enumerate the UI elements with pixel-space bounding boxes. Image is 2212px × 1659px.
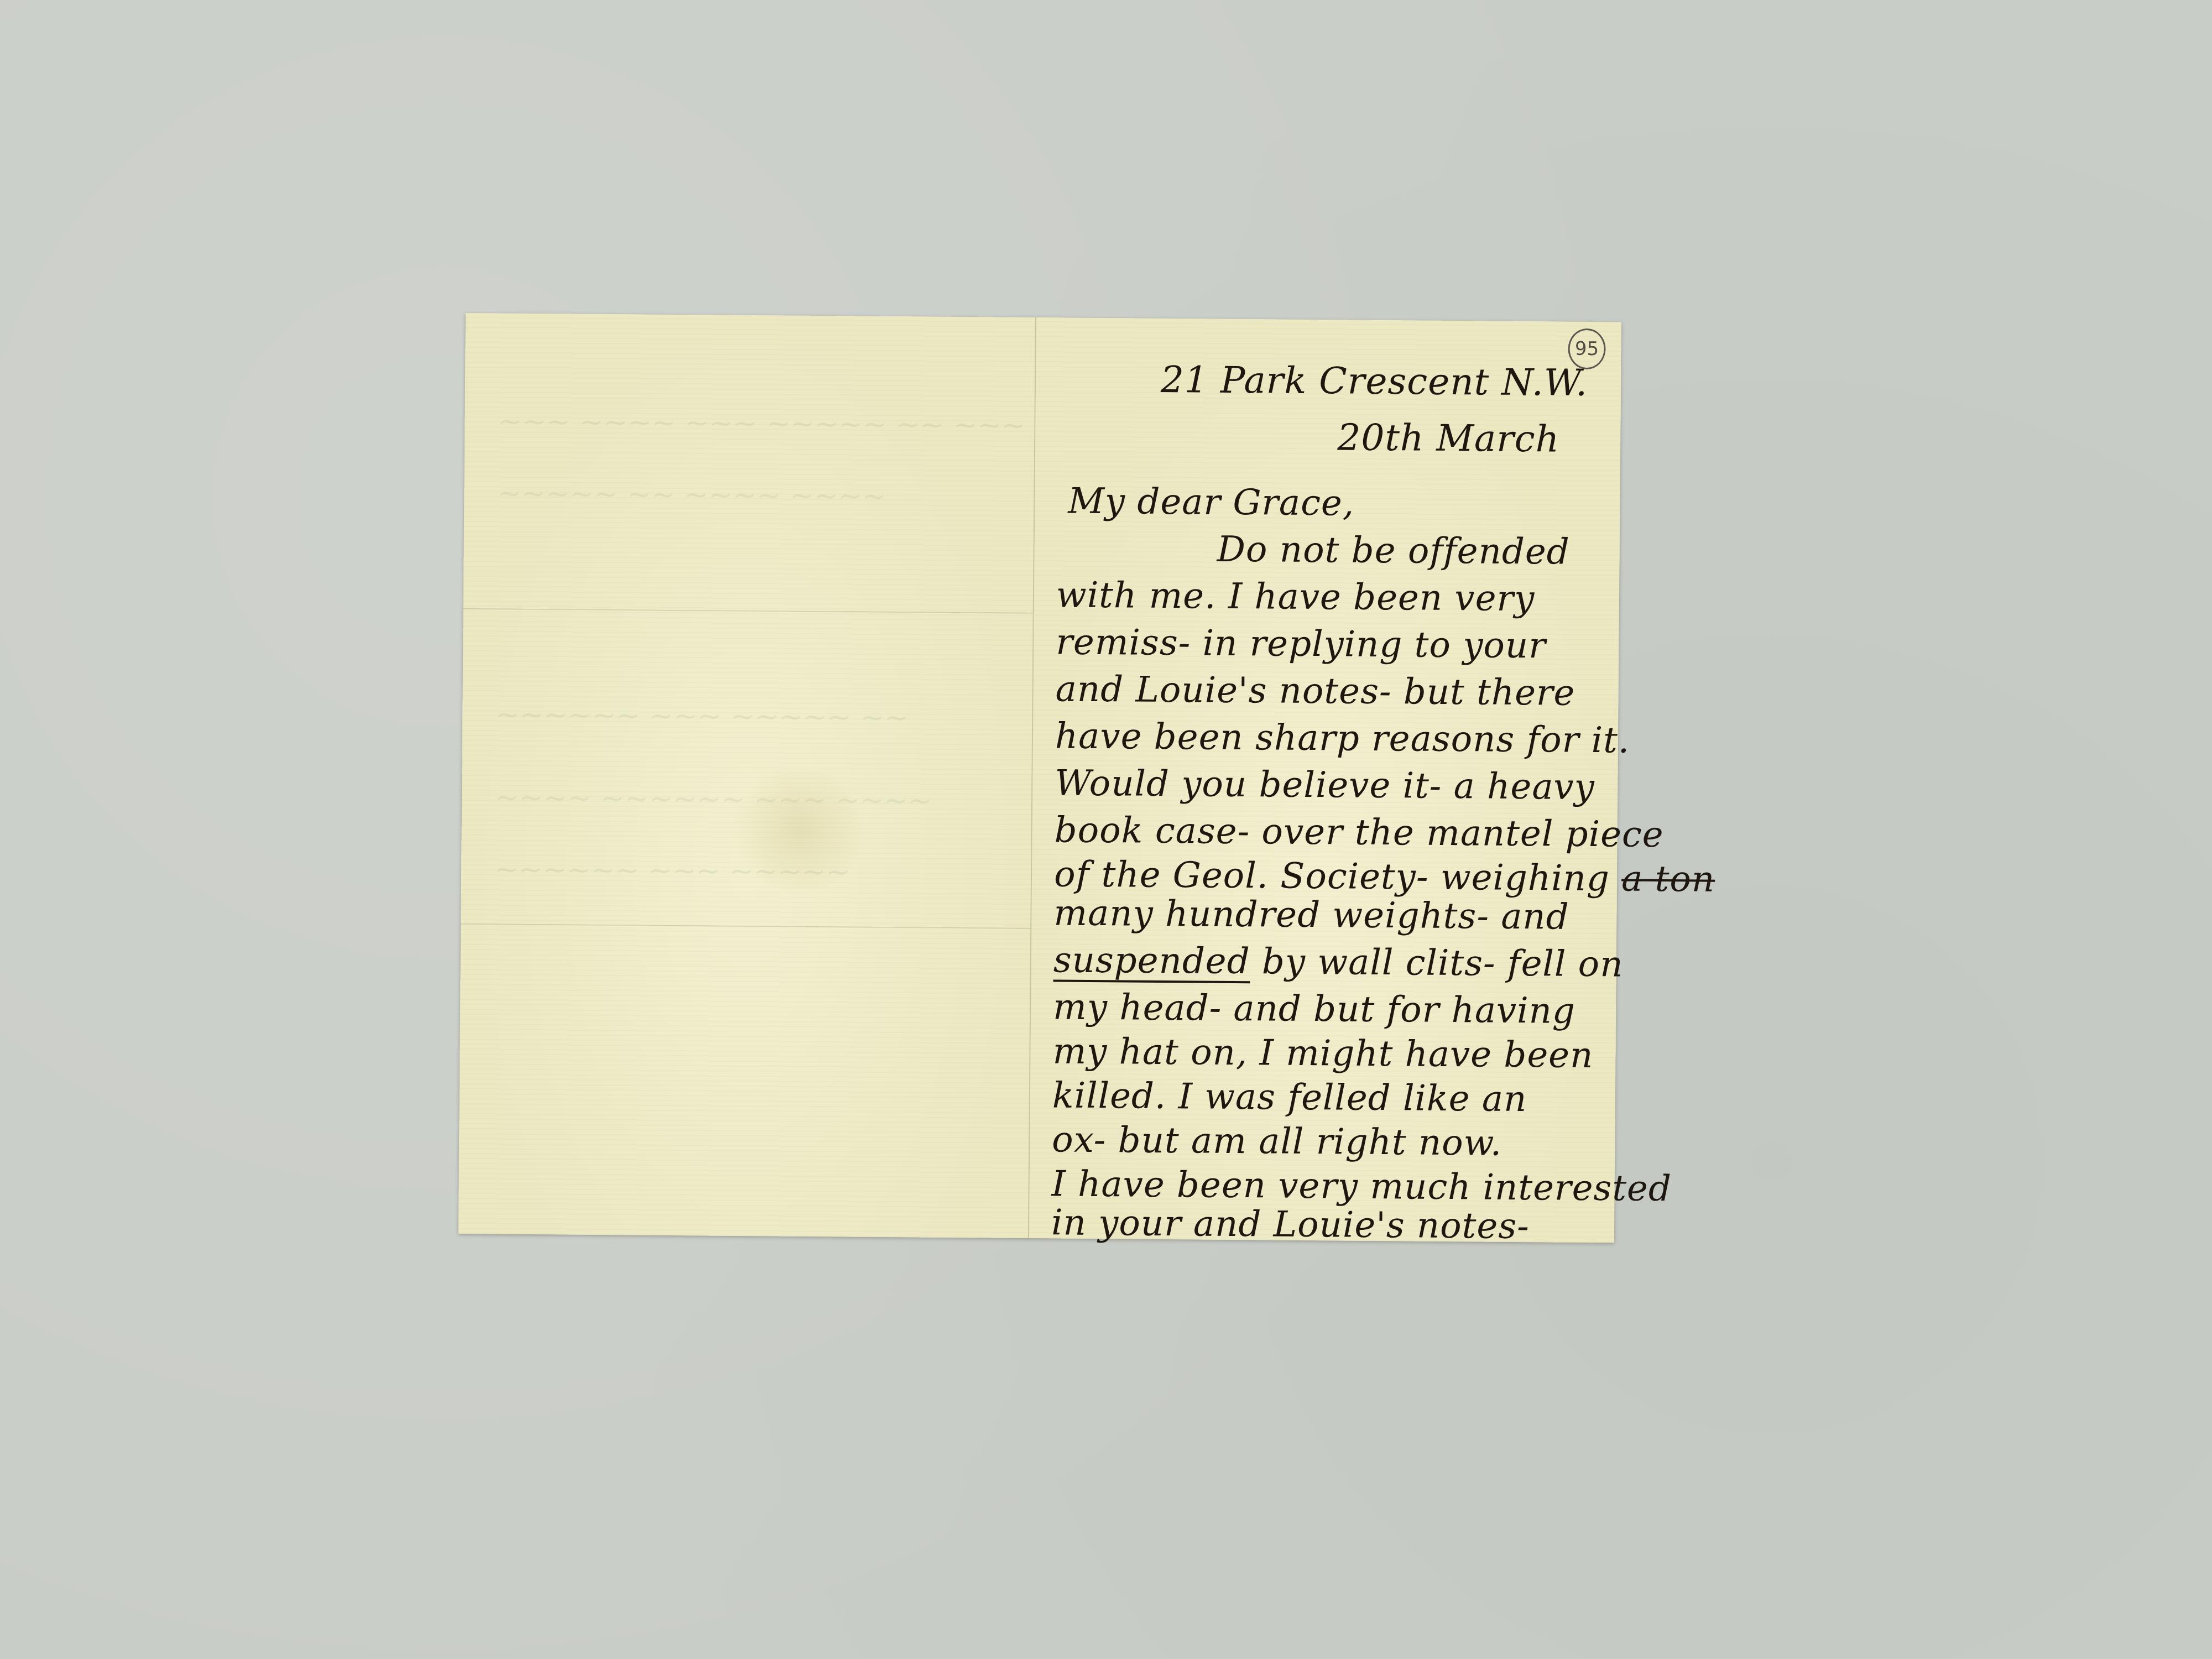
sender-address: 21 Park Crescent N.W. <box>1161 362 1588 401</box>
body-line: my head- and but for having <box>1053 989 1575 1029</box>
body-line: Do not be offended <box>1217 532 1569 570</box>
body-line: many hundred weights- and <box>1053 895 1569 935</box>
bleed-through-text: ~~~~~~ ~~~ ~~~~~ ~~ <box>495 700 909 732</box>
body-line: have been sharp reasons for it. <box>1055 718 1630 758</box>
body-line-text: by wall clits- fell on <box>1250 941 1623 985</box>
body-line: and Louie's notes- but there <box>1055 671 1575 711</box>
body-line: remiss- in replying to your <box>1056 624 1546 664</box>
body-line: with me. I have been very <box>1056 577 1535 617</box>
left-page: ~~~ ~~~~ ~~~ ~~~~~ ~~ ~~~ ~~~~~ ~~ ~~~~ … <box>458 313 1036 1238</box>
body-line: of the Geol. Society- weighing a ton <box>1054 857 1715 897</box>
body-line: killed. I was felled like an <box>1052 1078 1527 1117</box>
body-line: I have been very much interested <box>1051 1166 1672 1207</box>
body-line: suspended by wall clits- fell on <box>1053 942 1624 982</box>
fold-line <box>461 924 1030 930</box>
body-line: in your and Louie's notes- <box>1051 1205 1530 1244</box>
letter-sheet: ~~~ ~~~~ ~~~ ~~~~~ ~~ ~~~ ~~~~~ ~~ ~~~~ … <box>458 313 1621 1243</box>
body-line: my hat on, I might have been <box>1052 1034 1593 1073</box>
struck-text: a ton <box>1621 858 1715 900</box>
right-page: 95 21 Park Crescent N.W. 20th March My d… <box>1029 317 1621 1243</box>
body-line: book case- over the mantel piece <box>1054 812 1663 853</box>
body-line-text: of the Geol. Society- weighing <box>1054 854 1622 899</box>
fold-line <box>463 608 1033 614</box>
bleed-through-text: ~~~~~ ~~ ~~~~ ~~~~ <box>497 479 886 511</box>
underlined-text: suspended <box>1053 940 1250 982</box>
bleed-through-text: ~~~ ~~~~ ~~~ ~~~~~ ~~ ~~~ <box>498 407 1025 440</box>
salutation: My dear Grace, <box>1068 484 1354 521</box>
letter-date: 20th March <box>1337 419 1559 457</box>
paper-stain <box>727 769 872 891</box>
body-line: ox- but am all right now. <box>1052 1122 1502 1161</box>
body-line: Would you believe it- a heavy <box>1055 765 1595 805</box>
